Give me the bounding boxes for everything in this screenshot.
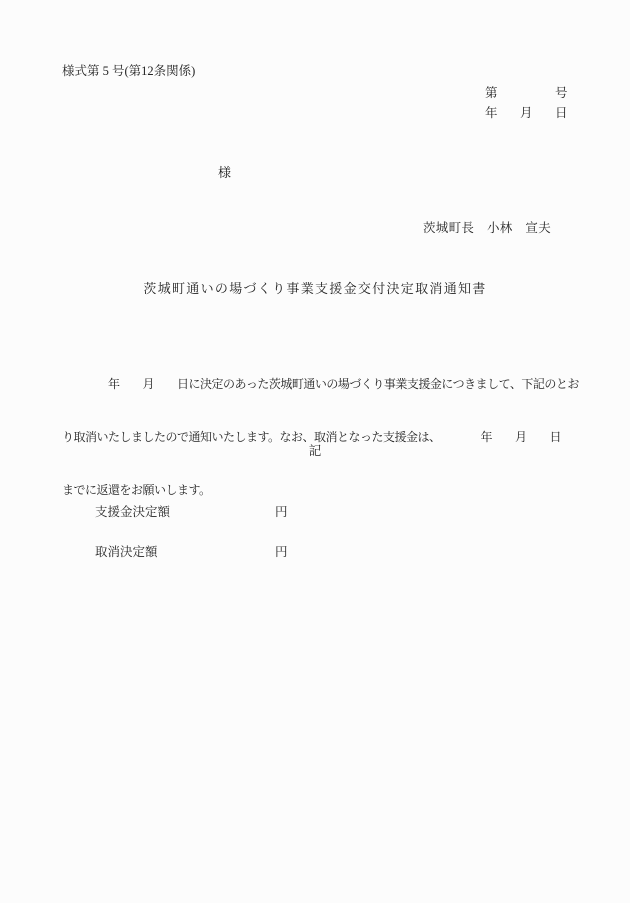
form-number: 様式第 5 号(第12条関係) [62,64,195,79]
grant-amount-label: 支援金決定額 [95,505,170,520]
addressee-honorific: 様 [218,165,231,180]
doc-number-prefix-label: 第 [485,86,498,101]
body-line: までに返還をお願いします。 [62,479,592,502]
grant-amount-unit: 円 [275,505,288,520]
document-page: 様式第 5 号(第12条関係) 第 号 年 月 日 様 茨城町長 小林 宣夫 茨… [0,0,630,903]
cancel-amount-unit: 円 [275,545,288,560]
doc-number-suffix-label: 号 [555,86,568,101]
body-line: 年 月 日に決定のあった茨城町通いの場づくり事業支援金につきまして、下記のとお [62,373,592,396]
sender-name: 茨城町長 小林 宣夫 [423,221,551,236]
date-month-label: 月 [520,106,533,121]
body-paragraph: 年 月 日に決定のあった茨城町通いの場づくり事業支援金につきまして、下記のとお … [62,343,592,532]
cancel-amount-label: 取消決定額 [95,545,158,560]
list-marker: 記 [0,444,630,459]
date-year-label: 年 [485,106,498,121]
date-day-label: 日 [555,106,568,121]
document-title: 茨城町通いの場づくり事業支援金交付決定取消通知書 [0,281,630,296]
